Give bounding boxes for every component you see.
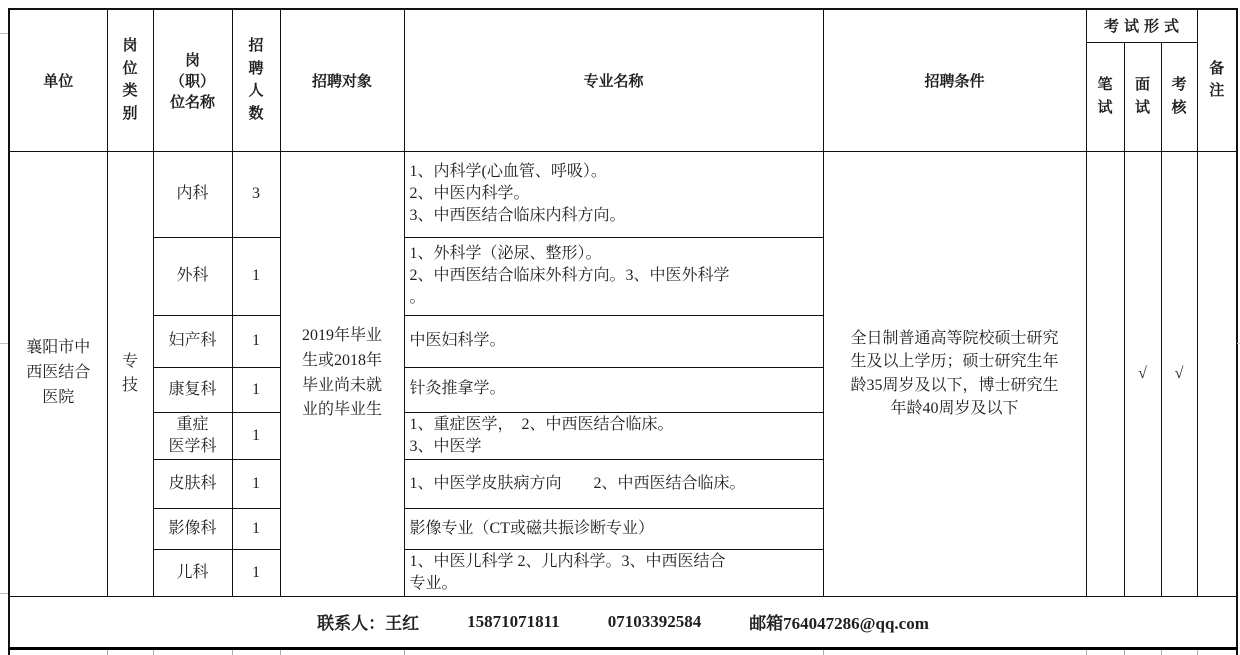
recruitment-table: 单位 岗位类别 岗 （职） 位名称 招聘人数 招聘对象 专业名称 招聘条件 考试… [8,8,1238,655]
position-cell: 康复科 [153,367,232,412]
col-header-headcount: 招聘人数 [232,9,280,151]
table-row: 襄阳市中西医结合医院 专技 内科 3 2019年毕业生或2018年毕业尚未就业的… [9,151,1237,237]
remarks-cell [1197,151,1237,596]
col-header-interview: 面试 [1124,42,1161,151]
conditions-cell: 全日制普通高等院校硕士研究生及以上学历；硕士研究生年龄35周岁及以下，博士研究生… [823,151,1086,596]
category-cell: 专技 [107,151,153,596]
position-cell: 儿科 [153,549,232,596]
unit-cell: 襄阳市中西医结合医院 [9,151,107,596]
col-header-position: 岗 （职） 位名称 [153,9,232,151]
gridline-fragment [0,33,8,34]
headcount-cell: 1 [232,508,280,549]
position-cell: 重症 医学科 [153,412,232,459]
contact-phone-office: 07103392584 [608,612,702,632]
headcount-cell: 1 [232,237,280,315]
contact-email: 邮箱764047286@qq.com [749,609,929,634]
recruitment-table-sheet: 单位 岗位类别 岗 （职） 位名称 招聘人数 招聘对象 专业名称 招聘条件 考试… [8,8,1238,655]
major-cell: 针灸推拿学。 [404,367,823,412]
col-header-target: 招聘对象 [280,9,404,151]
col-header-written: 笔试 [1086,42,1124,151]
major-cell: 1、中医学皮肤病方向 2、中西医结合临床。 [404,459,823,508]
interview-mark-cell: √ [1124,151,1161,596]
headcount-cell: 3 [232,151,280,237]
headcount-cell: 1 [232,459,280,508]
gridline-fragment [0,343,8,344]
headcount-cell: 1 [232,315,280,367]
col-header-unit: 单位 [9,9,107,151]
contact-phone-mobile: 15871071811 [467,612,560,632]
gridline-fragment [0,593,8,594]
col-header-category: 岗位类别 [107,9,153,151]
col-header-major: 专业名称 [404,9,823,151]
written-mark-cell [1086,151,1124,596]
position-cell: 皮肤科 [153,459,232,508]
headcount-cell: 1 [232,367,280,412]
header-row-1: 单位 岗位类别 岗 （职） 位名称 招聘人数 招聘对象 专业名称 招聘条件 考试… [9,9,1237,42]
position-cell: 内科 [153,151,232,237]
clipped-row-stub [9,648,1237,655]
major-cell: 影像专业（CT或磁共振诊断专业） [404,508,823,549]
contact-person: 联系人：王红 [317,609,419,634]
headcount-cell: 1 [232,549,280,596]
position-cell: 外科 [153,237,232,315]
col-header-exam-format: 考试形式 [1086,9,1197,42]
major-cell: 中医妇科学。 [404,315,823,367]
assessment-mark-cell: √ [1161,151,1197,596]
col-header-assessment: 考核 [1161,42,1197,151]
position-cell: 影像科 [153,508,232,549]
contact-row: 联系人：王红 15871071811 07103392584 邮箱7640472… [9,596,1237,648]
major-cell: 1、中医儿科学 2、儿内科学。3、中西医结合 专业。 [404,549,823,596]
target-cell: 2019年毕业生或2018年毕业尚未就业的毕业生 [280,151,404,596]
contact-cell: 联系人：王红 15871071811 07103392584 邮箱7640472… [9,596,1237,648]
major-cell: 1、重症医学， 2、中西医结合临床。 3、中医学 [404,412,823,459]
col-header-conditions: 招聘条件 [823,9,1086,151]
col-header-remarks: 备注 [1197,9,1237,151]
position-cell: 妇产科 [153,315,232,367]
headcount-cell: 1 [232,412,280,459]
major-cell: 1、内科学(心血管、呼吸）。 2、中医内科学。 3、中西医结合临床内科方向。 [404,151,823,237]
major-cell: 1、外科学（泌尿、整形）。 2、中西医结合临床外科方向。3、中医外科学 。 [404,237,823,315]
